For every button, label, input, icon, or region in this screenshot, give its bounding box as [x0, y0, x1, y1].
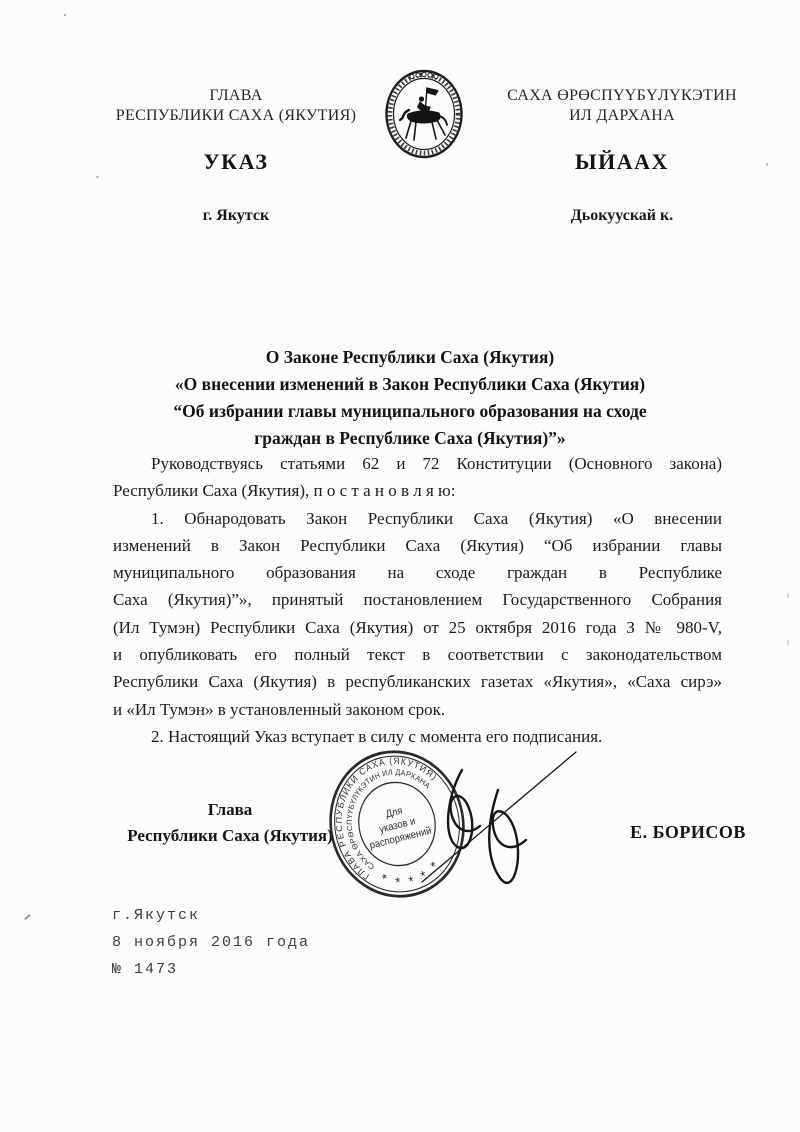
signatory-name: Е. БОРИСОВ	[600, 822, 776, 843]
decree-body: Руководствуясь статьями 62 и 72 Конститу…	[113, 450, 722, 750]
issuer-line-1: ГЛАВА	[100, 86, 372, 106]
signatory-position-line-2: Республики Саха (Якутия)	[110, 823, 350, 849]
footer-number: № 1473	[112, 956, 310, 983]
body-line: муниципального образования на сходе граж…	[113, 559, 722, 586]
scan-artifact	[787, 640, 789, 645]
document-type-russian: УКАЗ	[100, 149, 372, 175]
document-type-sakha: ЫЙААХ	[472, 149, 772, 175]
body-line: (Ил Тумэн) Республики Саха (Якутия) от 2…	[113, 614, 722, 641]
body-line: Саха (Якутия)”», принятый постановлением…	[113, 586, 722, 613]
scan-artifact	[24, 914, 31, 920]
body-line: Республики Саха (Якутия), п о с т а н о …	[113, 477, 722, 504]
scan-artifact	[96, 176, 99, 178]
svg-text:*: *	[381, 870, 390, 887]
signatory-position-line-1: Глава	[110, 797, 350, 823]
body-line-item-1: 1. Обнародовать Закон Республики Саха (Я…	[113, 505, 722, 532]
document-footer: г.Якутск 8 ноября 2016 года № 1473	[112, 902, 310, 983]
header-sakha: САХА ӨРӨСПҮҮБҮЛҮКЭТИН ИЛ ДАРХАНА ЫЙААХ Д…	[472, 86, 772, 225]
issue-place-sakha: Дьокуускай к.	[472, 207, 772, 225]
scan-artifact	[787, 593, 789, 598]
body-line: Республики Саха (Якутия) в республиканск…	[113, 668, 722, 695]
body-line: и опубликовать его полный текст в соотве…	[113, 641, 722, 668]
decree-document-page: ГЛАВА РЕСПУБЛИКИ САХА (ЯКУТИЯ) УКАЗ г. Я…	[0, 0, 800, 1132]
signatory-position: Глава Республики Саха (Якутия)	[110, 797, 350, 849]
body-line: изменений в Закон Республики Саха (Якути…	[113, 532, 722, 559]
scan-artifact	[64, 14, 66, 16]
body-line: и «Ил Тумэн» в установленный законом сро…	[113, 696, 722, 723]
footer-date: 8 ноября 2016 года	[112, 929, 310, 956]
title-line-1: О Законе Республики Саха (Якутия)	[90, 344, 730, 371]
document-title: О Законе Республики Саха (Якутия) «О вне…	[90, 344, 730, 452]
svg-text:*: *	[394, 874, 403, 891]
footer-place: г.Якутск	[112, 902, 310, 929]
title-line-4: граждан в Республике Саха (Якутия)”»	[90, 425, 730, 452]
issuer-line-2-sakha: ИЛ ДАРХАНА	[472, 106, 772, 126]
coat-of-arms-icon	[384, 68, 464, 160]
issue-place-russian: г. Якутск	[100, 207, 372, 225]
issuer-line-2: РЕСПУБЛИКИ САХА (ЯКУТИЯ)	[100, 106, 372, 126]
title-line-3: “Об избрании главы муниципального образо…	[90, 398, 730, 425]
title-line-2: «О внесении изменений в Закон Республики…	[90, 371, 730, 398]
body-line: Руководствуясь статьями 62 и 72 Конститу…	[113, 450, 722, 477]
handwritten-signature	[406, 740, 588, 900]
header-russian: ГЛАВА РЕСПУБЛИКИ САХА (ЯКУТИЯ) УКАЗ г. Я…	[100, 86, 372, 225]
scan-artifact	[766, 163, 768, 166]
issuer-line-1-sakha: САХА ӨРӨСПҮҮБҮЛҮКЭТИН	[472, 86, 772, 106]
